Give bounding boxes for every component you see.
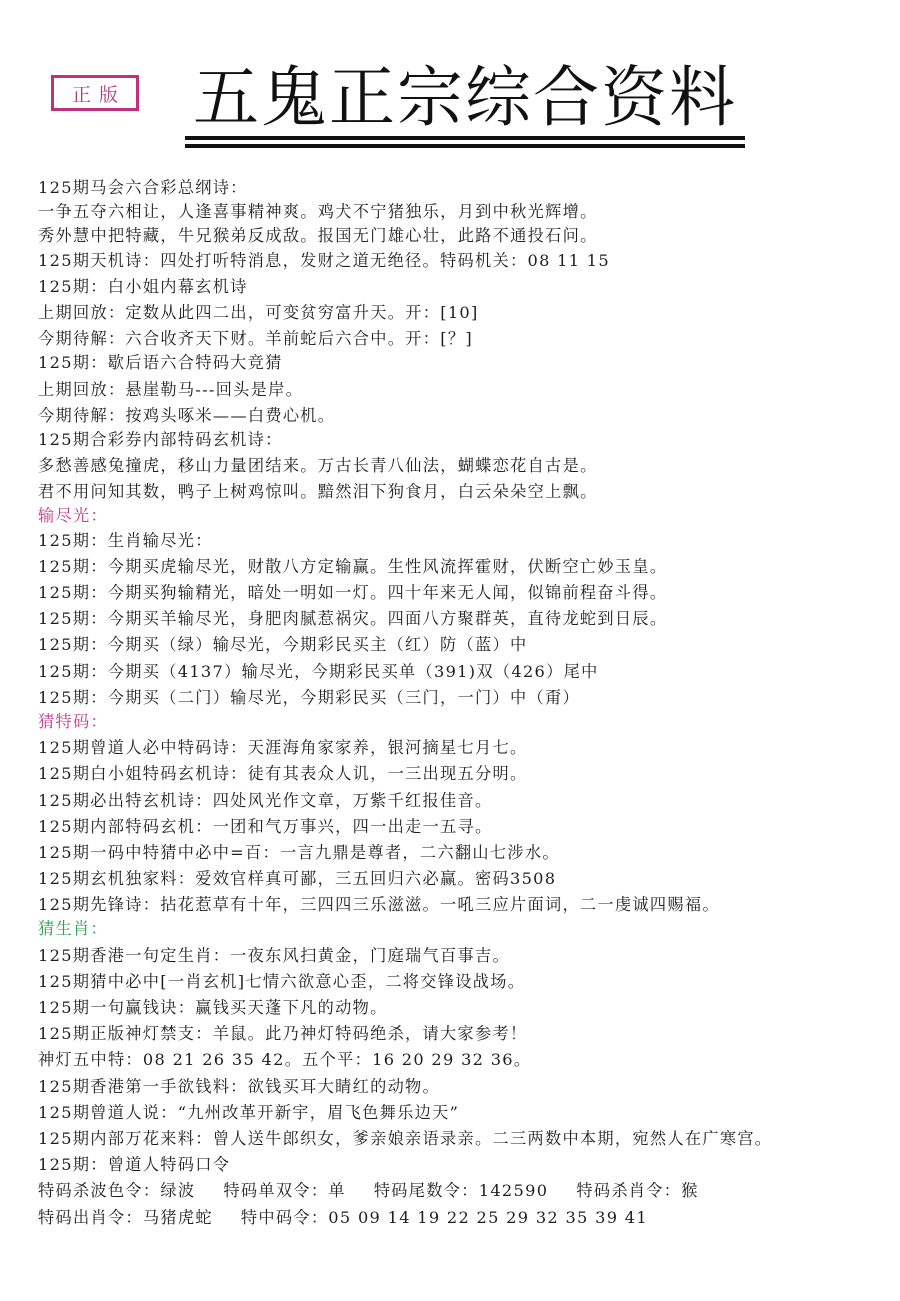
text-line: 125期：白小姐内幕玄机诗 [38,275,888,299]
text-line: 125期：今期买（二门）输尽光，今期彩民买（三门，一门）中（甭） [38,686,888,710]
section-heading: 猜生肖： [38,917,888,941]
text-line: 125期先锋诗：拈花惹草有十年，三四四三乐滋滋。一吼三应片面词，二一虔诚四赐福。 [38,893,888,917]
text-line: 125期香港一句定生肖：一夜东风扫黄金，门庭瑞气百事吉。 [38,944,888,968]
authentic-badge: 正版 [51,75,139,111]
text-line: 125期内部特码玄机：一团和气万事兴，四一出走一五寻。 [38,815,888,839]
order-odd-even: 特码单双令：单 [223,1179,345,1203]
text-line: 125期必出特玄机诗：四处风光作文章，万紫千红报佳音。 [38,789,888,813]
section-heading: 猜特码： [38,710,888,734]
text-line: 一争五夺六相让，人逢喜事精神爽。鸡犬不宁猪独乐，月到中秋光辉增。 [38,200,888,224]
section-guess-zodiac: 猜生肖： 125期香港一句定生肖：一夜东风扫黄金，门庭瑞气百事吉。 125期猜中… [38,917,888,1177]
text-line: 上期回放：定数从此四二出，可变贫穷富升天。开：[10] [38,301,888,325]
section-guess-code: 猜特码： 125期曾道人必中特码诗：天涯海角家家养，银河摘星七月七。 125期白… [38,710,888,918]
general-poems-block: 125期马会六合彩总纲诗： 一争五夺六相让，人逢喜事精神爽。鸡犬不宁猪独乐，月到… [38,176,888,504]
text-line: 125期：今期买（4137）输尽光，今期彩民买单（391)双（426）尾中 [38,660,888,684]
text-line: 125期正版神灯禁支：羊鼠。此乃神灯特码绝杀，请大家参考！ [38,1022,888,1046]
order-kill-color: 特码杀波色令：绿波 [38,1179,195,1203]
text-line: 君不用问知其数，鸭子上树鸡惊叫。黯然泪下狗食月，白云朵朵空上飘。 [38,480,888,504]
section-heading: 输尽光： [38,504,888,528]
page-title: 五鬼正宗综合资料 [185,58,745,138]
text-line: 今期待解：按鸡头啄米——白费心机。 [38,404,888,428]
text-line: 神灯五中特：08 21 26 35 42。五个平：16 20 29 32 36。 [38,1048,888,1072]
text-line: 125期：今期买虎输尽光，财散八方定输赢。生性风流挥霍财，伏断空亡妙玉皇。 [38,555,888,579]
text-line: 125期曾道人说：“九州改革开新宇，眉飞色舞乐边天” [38,1101,888,1125]
order-hit-numbers: 特中码令：05 09 14 19 22 25 29 32 35 39 41 [241,1206,648,1230]
text-line: 秀外慧中把特藏，牛兄猴弟反成敌。报国无门雄心壮，此路不通投石问。 [38,224,888,248]
text-line: 125期合彩券内部特码玄机诗： [38,428,888,452]
text-line: 上期回放：悬崖勒马---回头是岸。 [38,378,888,402]
orders-block: 特码杀波色令：绿波 特码单双令：单 特码尾数令：142590 特码杀肖令：猴 特… [38,1179,888,1229]
orders-row-2: 特码出肖令：马猪虎蛇 特中码令：05 09 14 19 22 25 29 32 … [38,1206,888,1230]
text-line: 今期待解：六合收齐天下财。羊前蛇后六合中。开：[？] [38,327,888,351]
text-line: 125期：今期买狗输精光，暗处一明如一灯。四十年来无人闻，似锦前程奋斗得。 [38,581,888,605]
text-line: 125期马会六合彩总纲诗： [38,176,888,200]
text-line: 多愁善感兔撞虎，移山力量团结来。万古长青八仙法，蝴蝶恋花自古是。 [38,454,888,478]
orders-row-1: 特码杀波色令：绿波 特码单双令：单 特码尾数令：142590 特码杀肖令：猴 [38,1179,888,1203]
text-line: 125期白小姐特码玄机诗：徒有其表众人讥，一三出现五分明。 [38,762,888,786]
text-line: 125期：生肖输尽光： [38,529,888,553]
text-line: 125期天机诗：四处打听特消息，发财之道无绝径。特码机关：08 11 15 [38,249,888,273]
text-line: 125期香港第一手欲钱料：欲钱买耳大睛红的动物。 [38,1075,888,1099]
order-tail-number: 特码尾数令：142590 [374,1179,549,1203]
order-kill-zodiac: 特码杀肖令：猴 [576,1179,698,1203]
text-line: 125期：曾道人特码口令 [38,1153,888,1177]
text-line: 125期：今期买（绿）输尽光，今期彩民买主（红）防（蓝）中 [38,633,888,657]
document-body: 125期马会六合彩总纲诗： 一争五夺六相让，人逢喜事精神爽。鸡犬不宁猪独乐，月到… [38,176,888,1230]
text-line: 125期猜中必中[一肖玄机]七情六欲意心歪，二将交锋设战场。 [38,970,888,994]
text-line: 125期一句赢钱诀：赢钱买天蓬下凡的动物。 [38,996,888,1020]
text-line: 125期一码中特猜中必中=百：一言九鼎是尊者，二六翻山七涉水。 [38,841,888,865]
text-line: 125期：今期买羊输尽光，身肥肉腻惹祸灾。四面八方聚群英，直待龙蛇到日辰。 [38,607,888,631]
text-line: 125期玄机独家料：爱效官样真可鄙，三五回归六必赢。密码3508 [38,867,888,891]
title-underline-top [185,136,745,140]
text-line: 125期内部万花来料：曾人送牛郎织女，爹亲娘亲语录亲。二三两数中本期，宛然人在广… [38,1127,888,1151]
section-lose: 输尽光： 125期：生肖输尽光： 125期：今期买虎输尽光，财散八方定输赢。生性… [38,504,888,710]
text-line: 125期曾道人必中特码诗：天涯海角家家养，银河摘星七月七。 [38,736,888,760]
order-out-zodiac: 特码出肖令：马猪虎蛇 [38,1206,213,1230]
title-underline-bottom [185,144,745,148]
text-line: 125期：歇后语六合特码大竞猜 [38,351,888,375]
